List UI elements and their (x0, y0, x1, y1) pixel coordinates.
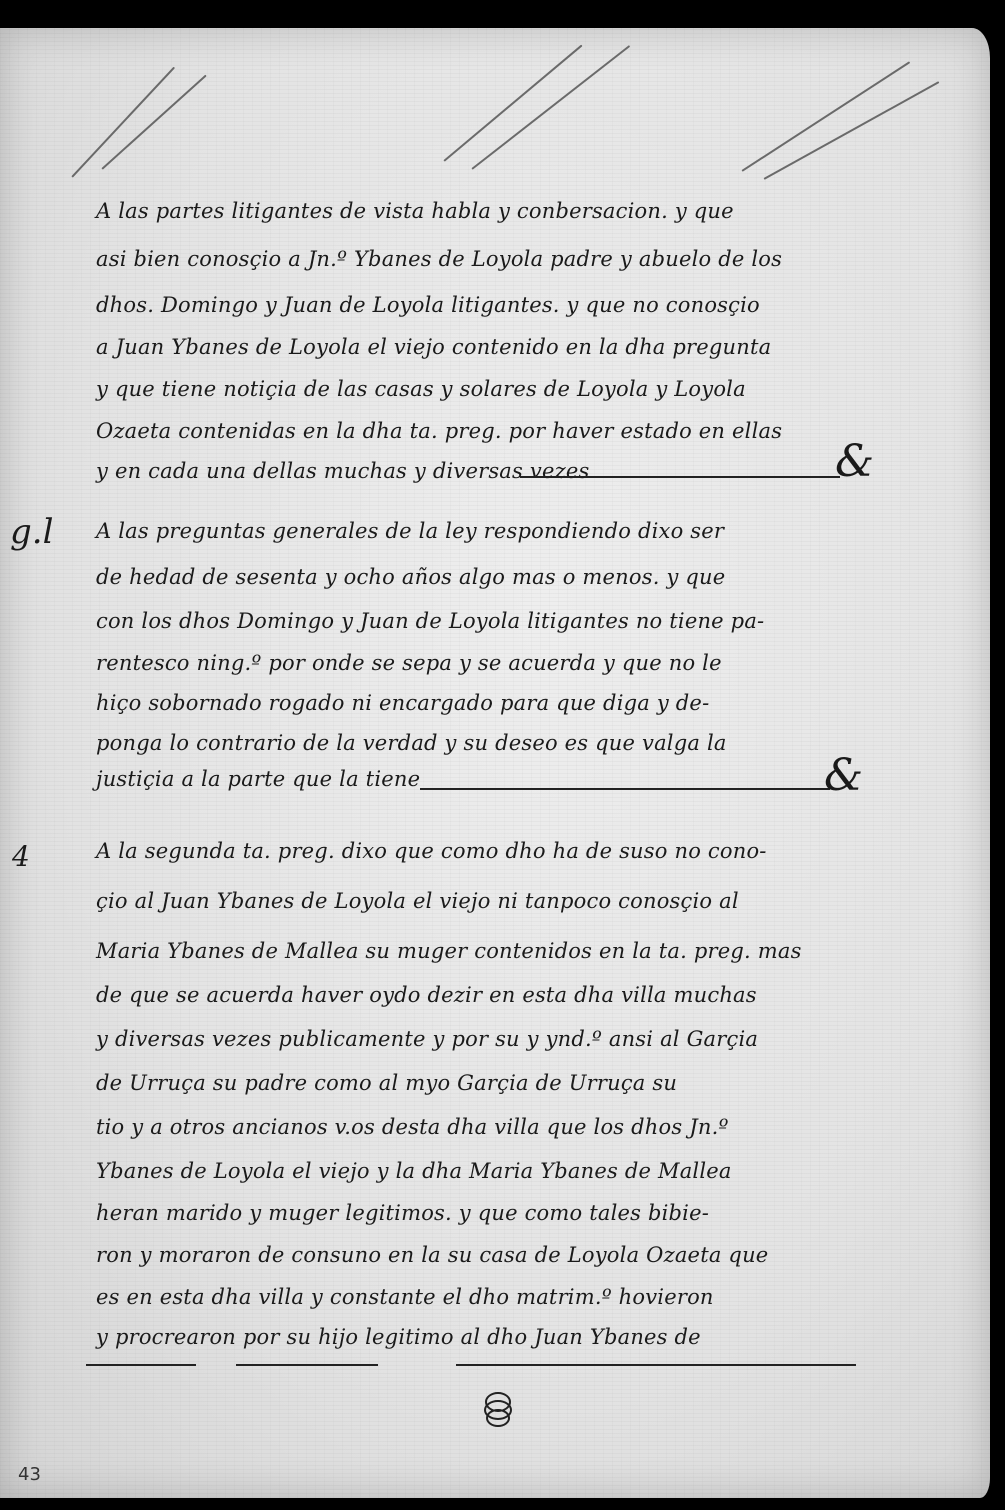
text-line: con los dhos Domingo y Juan de Loyola li… (96, 606, 886, 636)
header-stroke (471, 45, 630, 170)
text-line: dhos. Domingo y Juan de Loyola litigante… (96, 290, 886, 320)
rubric-flourish-icon (480, 1388, 516, 1432)
text-line: heran marido y muger legitimos. y que co… (96, 1198, 886, 1228)
text-line: hiço sobornado rogado ni encargado para … (96, 688, 886, 718)
text-line: A las partes litigantes de vista habla y… (96, 196, 886, 226)
text-line: ron y moraron de consuno en la su casa d… (96, 1240, 886, 1270)
text-line: y diversas vezes publicamente y por su y… (96, 1024, 886, 1054)
paragraph-end-mark: & (824, 750, 863, 801)
text-line: tio y a otros ancianos v.os desta dha vi… (96, 1112, 886, 1142)
header-stroke (443, 45, 582, 162)
manuscript-page: A las partes litigantes de vista habla y… (0, 28, 990, 1498)
line-filler-rule (420, 788, 830, 790)
text-line: de hedad de sesenta y ocho años algo mas… (96, 562, 886, 592)
text-line: Ozaeta contenidas en la dha ta. preg. po… (96, 416, 886, 446)
text-line: a Juan Ybanes de Loyola el viejo conteni… (96, 332, 886, 362)
text-line: y procrearon por su hijo legitimo al dho… (96, 1322, 886, 1352)
text-line: Ybanes de Loyola el viejo y la dha Maria… (96, 1156, 886, 1186)
text-line: çio al Juan Ybanes de Loyola el viejo ni… (96, 886, 886, 916)
text-line: es en esta dha villa y constante el dho … (96, 1282, 886, 1312)
text-line: de Urruça su padre como al myo Garçia de… (96, 1068, 886, 1098)
line-filler-rule (520, 476, 840, 478)
text-line: ponga lo contrario de la verdad y su des… (96, 728, 886, 758)
closing-rule (456, 1364, 856, 1366)
text-line: de que se acuerda haver oydo dezir en es… (96, 980, 886, 1010)
paragraph-end-mark: & (835, 436, 874, 487)
text-line: Maria Ybanes de Mallea su muger contenid… (96, 936, 886, 966)
text-line: A las preguntas generales de la ley resp… (96, 516, 886, 546)
margin-note: 4 (12, 840, 30, 873)
closing-rule (236, 1364, 378, 1366)
text-line: A la segunda ta. preg. dixo que como dho… (96, 836, 886, 866)
text-line: rentesco ning.º por onde se sepa y se ac… (96, 648, 886, 678)
header-stroke (71, 67, 175, 178)
closing-rule (86, 1364, 196, 1366)
text-line: y en cada una dellas muchas y diversas v… (96, 456, 886, 486)
folio-number: 43 (18, 1464, 41, 1485)
header-stroke (764, 81, 940, 180)
header-stroke (741, 61, 910, 172)
text-line: asi bien conosçio a Jn.º Ybanes de Loyol… (96, 244, 886, 274)
text-line: y que tiene notiçia de las casas y solar… (96, 374, 886, 404)
margin-note: g.l (10, 512, 53, 552)
